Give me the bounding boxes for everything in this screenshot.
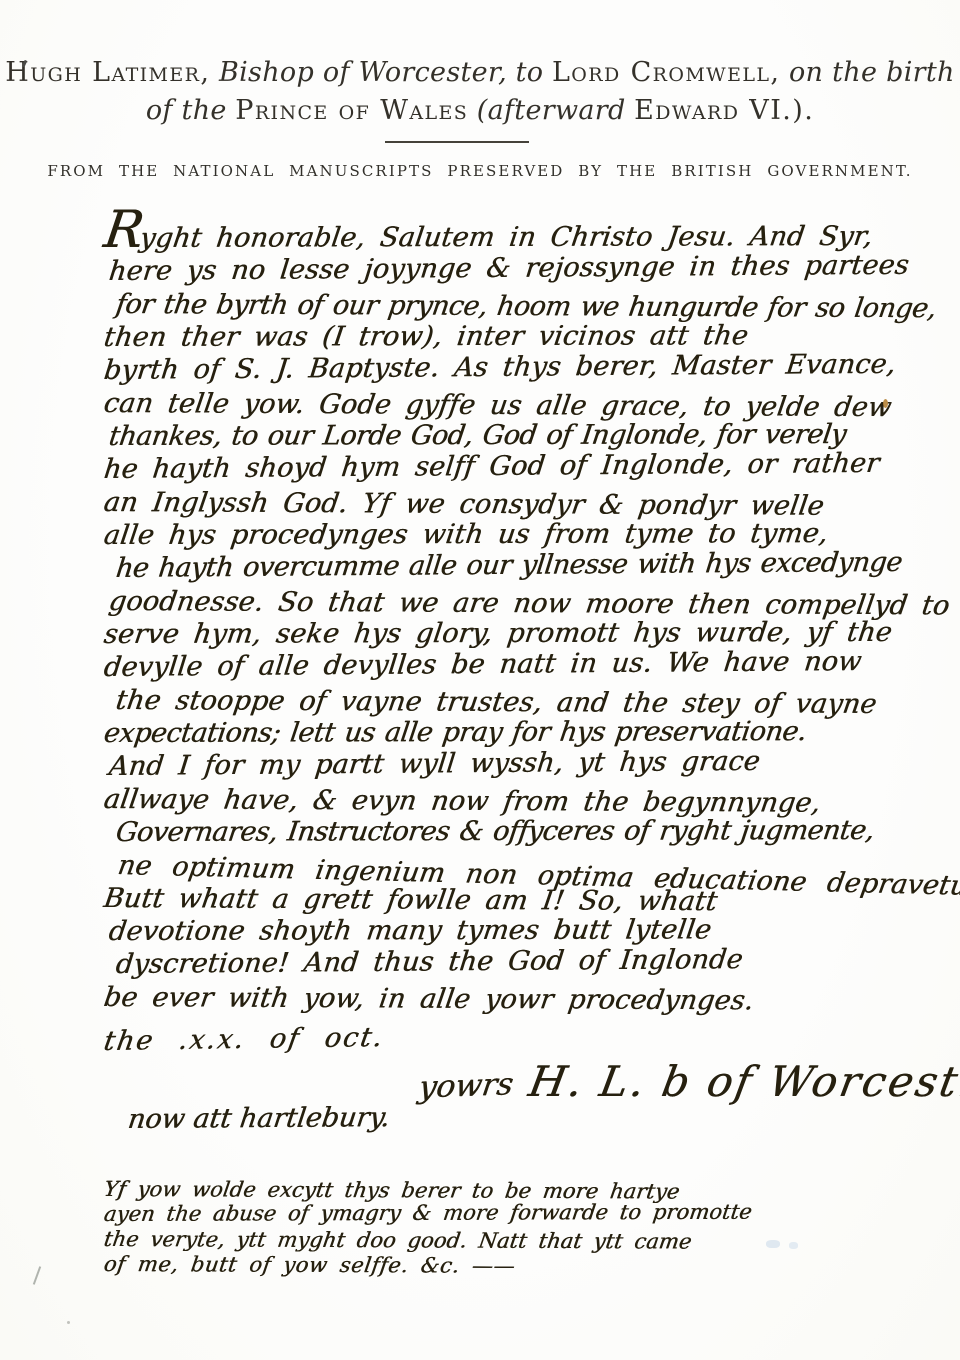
manuscript-line: he hayth shoyd hym selff God of Inglonde… [102, 447, 923, 486]
manuscript-line: here ys no lesse joyynge & rejossynge in… [107, 249, 923, 288]
title-name-hugh-latimer: Hugh Latimer, [5, 57, 210, 88]
manuscript-line: Ryght honorable, Salutem in Christo Jesu… [101, 212, 923, 255]
closing-yours: yowrs [416, 1066, 515, 1105]
postscript-line: of me, butt of yow selffe. &c. —— [102, 1252, 921, 1281]
manuscript-line: Governares, Instructores & offyceres of … [114, 814, 923, 849]
title-name-cromwell: Lord Cromwell, [552, 57, 780, 88]
manuscript-line: he hayth overcumme alle our yllnesse wit… [114, 546, 923, 585]
title-name-prince-of-wales: Prince of Wales [235, 95, 468, 126]
manuscript-line: dyscretione! And thus the God of Inglond… [114, 942, 923, 981]
title-desc-birth: on the birth [789, 57, 955, 88]
title-word-afterward: (afterward [477, 95, 626, 126]
letter-body: Ryght honorable, Salutem in Christo Jesu… [104, 214, 920, 1014]
title-word-of-the: of the [146, 95, 227, 126]
paper-speck [67, 1321, 70, 1324]
postscript-line: the veryte, ytt myght doo good. Natt tha… [102, 1227, 921, 1256]
scanned-page: Hugh Latimer, Bishop of Worcester, to Lo… [0, 0, 960, 1360]
handwritten-letter: Ryght honorable, Salutem in Christo Jesu… [0, 180, 960, 1277]
postscript-line: ayen the abuse of ymagry & more forwarde… [102, 1199, 922, 1227]
title-name-edward-vi: Edward VI.). [634, 95, 814, 126]
source-caption: FROM THE NATIONAL MANUSCRIPTS PRESERVED … [0, 162, 960, 180]
postscript: Yf yow wolde excytt thys berer to be mor… [104, 1177, 920, 1277]
manuscript-line: be ever with yow, in alle yowr procedyng… [102, 981, 922, 1018]
printed-header: Hugh Latimer, Bishop of Worcester, to Lo… [0, 0, 960, 180]
manuscript-dateline: the .x.x. of oct. [101, 1015, 924, 1057]
manuscript-line: devylle of alle devylles be natt in us. … [102, 645, 923, 684]
title-word-to: to [516, 57, 544, 88]
manuscript-line: And I for my partt wyll wyssh, yt hys gr… [107, 744, 923, 783]
title-desc-bishop: Bishop of Worcester, [219, 57, 507, 88]
manuscript-line: byrth of S. J. Baptyste. As thys berer, … [102, 348, 923, 387]
title-line-2: of the Prince of Wales (afterward Edward… [0, 92, 960, 130]
page-title: Hugh Latimer, Bishop of Worcester, to Lo… [0, 54, 960, 130]
title-line-1: Hugh Latimer, Bishop of Worcester, to Lo… [0, 54, 960, 92]
manuscript-place: now att hartlebury. [126, 1098, 923, 1135]
divider-rule [385, 141, 529, 143]
